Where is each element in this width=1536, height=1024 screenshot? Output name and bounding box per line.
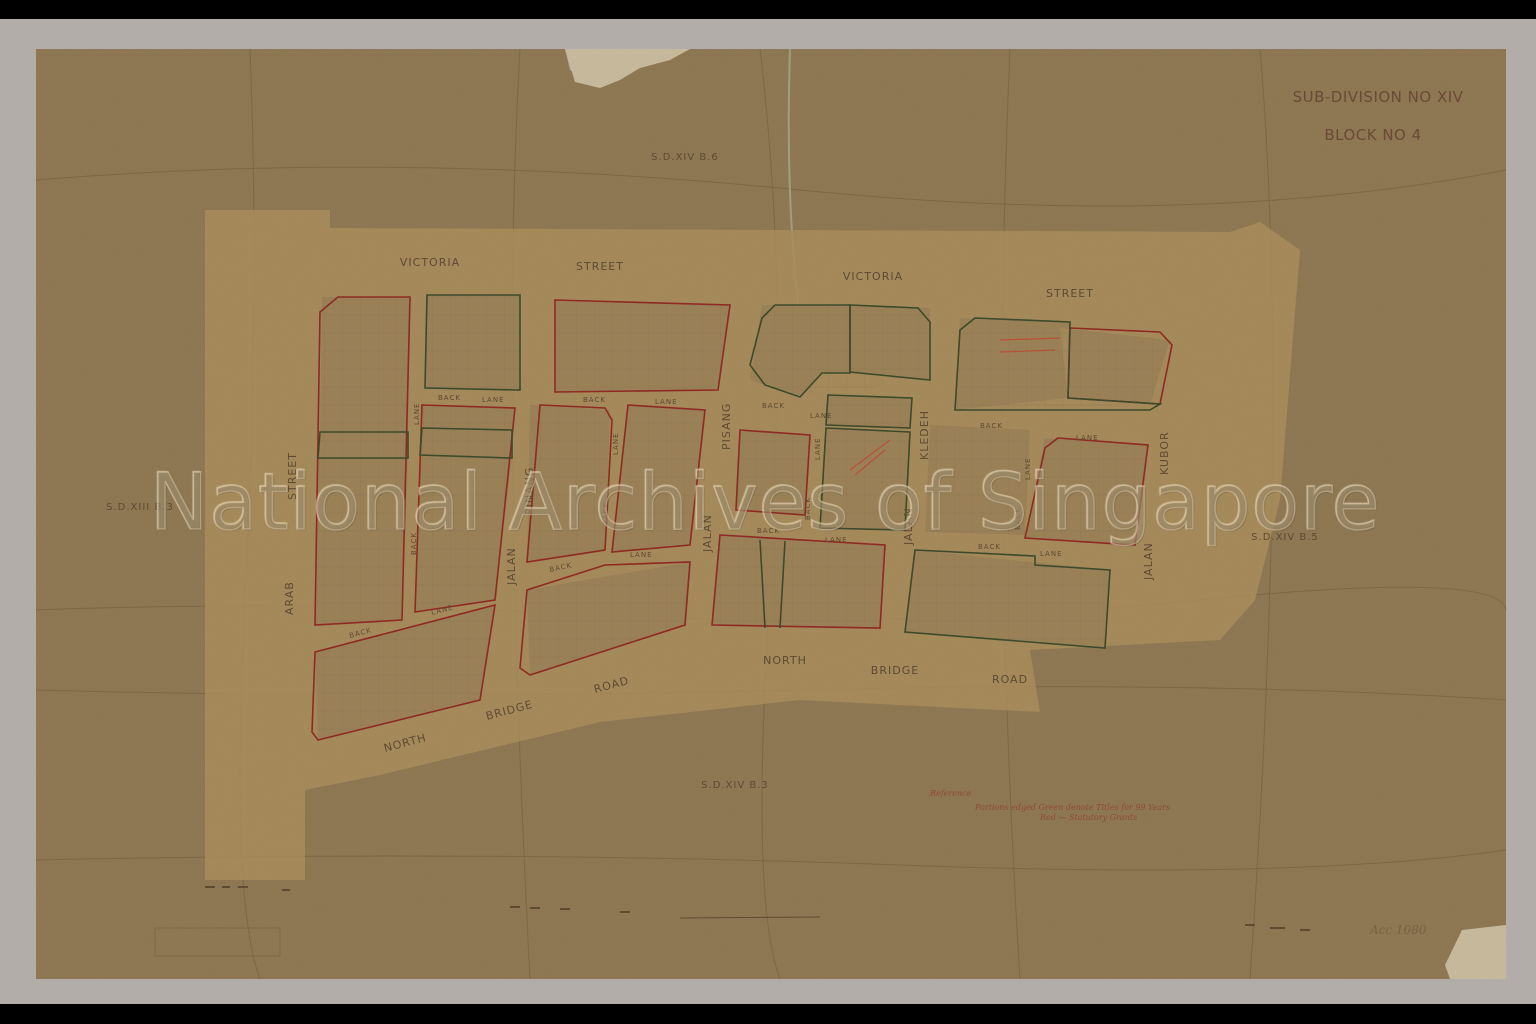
back-lane-label: BACK xyxy=(762,402,785,410)
street-label: VICTORIA xyxy=(400,256,460,269)
reference-line-2: Red — Statutory Grants xyxy=(1039,813,1137,822)
street-label: NORTH xyxy=(763,654,807,667)
block-title: BLOCK NO 4 xyxy=(1324,126,1421,144)
back-lane-label: BACK xyxy=(410,532,418,555)
back-lane-label: BACK xyxy=(804,497,812,520)
reference-line-1: Portions edged Green denote Titles for 9… xyxy=(974,803,1170,812)
back-lane-label: BACK xyxy=(980,422,1003,430)
street-label: JALAN xyxy=(505,547,518,586)
street-label: JALAN xyxy=(1142,542,1155,581)
back-lane-label: LANE xyxy=(1024,457,1032,480)
back-lane-label: LANE xyxy=(1040,550,1063,558)
survey-map: SUB-DIVISION NO XIV BLOCK NO 4 S.D.XIV B… xyxy=(0,0,1536,1024)
street-label: JALAN xyxy=(902,507,915,546)
street-label: ROAD xyxy=(992,673,1028,686)
adjacent-block-north: S.D.XIV B.6 xyxy=(651,152,719,163)
subdivision-title: SUB-DIVISION NO XIV xyxy=(1293,88,1464,106)
back-lane-label: BACK xyxy=(438,394,461,402)
reference-heading: Reference xyxy=(929,789,972,798)
adjacent-block-west: S.D.XIII B.3 xyxy=(106,502,174,513)
catalogue-mark: Acc 1080 xyxy=(1369,923,1427,937)
street-label: PINANG xyxy=(523,467,536,515)
adjacent-block-south: S.D.XIV B.3 xyxy=(701,780,769,791)
back-lane-label: BACK xyxy=(1014,507,1022,530)
back-lane-label: LANE xyxy=(825,536,848,544)
back-lane-label: LANE xyxy=(413,402,421,425)
back-lane-label: LANE xyxy=(814,437,822,460)
back-lane-label: LANE xyxy=(655,398,678,406)
back-lane-label: BACK xyxy=(757,527,780,535)
back-lane-label: LANE xyxy=(630,551,653,559)
street-label: ARAB xyxy=(283,581,296,615)
street-label: STREET xyxy=(286,452,299,500)
street-label: VICTORIA xyxy=(843,270,903,283)
street-label: BRIDGE xyxy=(871,664,919,677)
street-label: KUBOR xyxy=(1158,431,1171,475)
street-label: STREET xyxy=(1046,287,1094,300)
back-lane-label: LANE xyxy=(810,412,833,420)
back-lane-label: BACK xyxy=(602,502,610,525)
street-label: JALAN xyxy=(701,514,714,553)
back-lane-label: BACK xyxy=(583,396,606,404)
street-label: KLEDEH xyxy=(918,410,931,460)
back-lane-label: LANE xyxy=(482,396,505,404)
street-label: STREET xyxy=(576,260,624,273)
back-lane-label: LANE xyxy=(612,432,620,455)
adjacent-block-east: S.D.XIV B.5 xyxy=(1251,532,1319,543)
street-label: PISANG xyxy=(720,403,733,450)
back-lane-label: BACK xyxy=(978,543,1001,551)
back-lane-label: LANE xyxy=(1076,434,1099,442)
